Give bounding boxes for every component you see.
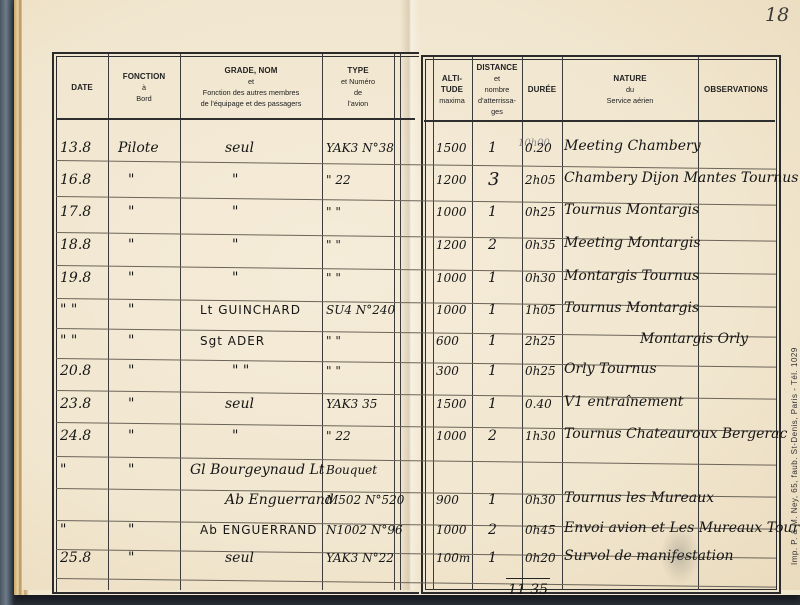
cell-nature: Survol de manifestation [564, 548, 734, 564]
header-distance-l1: DISTANCE [476, 62, 517, 73]
cell-fonction: " [128, 363, 134, 379]
cell-altitude: 1000 [436, 302, 467, 318]
cell-duree: 0h30 [525, 492, 556, 508]
cell-atterrissages: 1 [488, 550, 497, 566]
cell-grade: seul [225, 550, 254, 566]
cell-atterrissages: 2 [488, 237, 497, 253]
cell-fonction: " [128, 550, 134, 566]
cell-duree: 1h05 [525, 302, 556, 318]
header-distance-l5: ges [491, 106, 503, 117]
cell-nature: Tournus Montargis [564, 202, 699, 218]
column-divider [400, 54, 401, 590]
cell-date: 23.8 [60, 396, 91, 412]
cell-atterrissages: 1 [488, 302, 497, 318]
cell-type: " " [326, 270, 341, 286]
cell-date: " [60, 522, 66, 538]
cell-atterrissages: 2 [488, 428, 497, 444]
cell-grade: Gl Bourgeynaud Lt [190, 462, 324, 478]
column-divider [322, 54, 323, 590]
header-date: DATE [56, 56, 108, 118]
header-altitude-l2: TUDE [441, 84, 463, 95]
cell-type: YAK3 35 [326, 396, 377, 412]
cell-atterrissages: 1 [488, 204, 497, 220]
header-fonction-l2: à [142, 82, 146, 93]
header-grade-l2: et [248, 76, 254, 87]
cell-date: " [60, 462, 66, 478]
cell-grade: Sgt ADER [200, 333, 265, 349]
cell-duree: 0h35 [525, 237, 556, 253]
cell-grade: " " [232, 363, 249, 379]
cell-fonction: " [128, 204, 134, 220]
header-distance-l2: et [494, 73, 500, 84]
cell-date: 16.8 [60, 172, 91, 188]
header-observations-label: OBSERVATIONS [704, 84, 768, 95]
cell-fonction: " [128, 396, 134, 412]
cell-type: " " [326, 204, 341, 220]
cell-duree: 0h30 [525, 270, 556, 286]
header-altitude: ALTI- TUDE maxima [433, 58, 471, 120]
cell-nature: Meeting Chambery [564, 138, 701, 154]
header-distance-l3: nombre [485, 84, 510, 95]
cell-grade: " [232, 172, 238, 188]
cell-grade: " [232, 428, 238, 444]
column-divider [698, 57, 699, 590]
cell-duree: 0.20 [525, 140, 552, 156]
header-nature-l3: Service aérien [607, 95, 654, 106]
page-number: 18 [765, 4, 789, 26]
cell-fonction: " [128, 302, 134, 318]
header-divider [424, 120, 775, 122]
column-divider [433, 57, 434, 590]
header-distance-l4: d'atterrissa- [478, 95, 516, 106]
column-divider [108, 54, 109, 590]
cell-date: 24.8 [60, 428, 91, 444]
cell-fonction: " [128, 428, 134, 444]
total-underline [506, 578, 550, 579]
cell-grade: seul [225, 140, 254, 156]
cell-fonction: " [128, 172, 134, 188]
cell-date: " " [60, 302, 77, 318]
cell-duree: 0h45 [525, 522, 556, 538]
cell-fonction: " [128, 237, 134, 253]
cell-altitude: 1000 [436, 204, 467, 220]
header-nature: NATURE du Service aérien [562, 58, 698, 120]
cell-nature: Orly Tournus [564, 361, 657, 377]
cell-atterrissages: 3 [488, 172, 499, 188]
cell-atterrissages: 2 [488, 522, 497, 538]
cell-date: " " [60, 333, 77, 349]
header-type-l1: TYPE [347, 65, 368, 76]
cell-duree: 0h25 [525, 363, 556, 379]
header-type-l4: l'avion [348, 98, 368, 109]
cell-altitude: 1000 [436, 428, 467, 444]
header-duree: DURÉE [522, 58, 562, 120]
header-type-l2: et Numéro [341, 76, 375, 87]
cell-altitude: 1500 [436, 140, 467, 156]
cell-altitude: 1200 [436, 172, 467, 188]
cell-atterrissages: 1 [488, 270, 497, 286]
column-divider [562, 57, 563, 590]
cell-fonction: Pilote [118, 140, 159, 156]
cell-date: 17.8 [60, 204, 91, 220]
cell-altitude: 1000 [436, 270, 467, 286]
cell-date: 13.8 [60, 140, 91, 156]
cell-altitude: 1000 [436, 522, 467, 538]
cell-duree: 0h25 [525, 204, 556, 220]
right-table-frame [421, 55, 781, 594]
cell-nature: Montargis Orly [640, 331, 748, 347]
cell-nature: Tournus Montargis [564, 300, 699, 316]
header-altitude-l3: maxima [439, 95, 465, 106]
cell-altitude: 900 [436, 492, 459, 508]
cell-date: 25.8 [60, 550, 91, 566]
column-divider [180, 54, 181, 590]
cell-grade: seul [225, 396, 254, 412]
cell-duree: 2h25 [525, 333, 556, 349]
header-type: TYPE et Numéro de l'avion [322, 56, 394, 118]
cell-duree: 1h30 [525, 428, 556, 444]
cell-atterrissages: 1 [488, 396, 497, 412]
cell-fonction: " [128, 462, 134, 478]
cell-duree: 0h20 [525, 550, 556, 566]
cell-date: 20.8 [60, 363, 91, 379]
cell-altitude: 1200 [436, 237, 467, 253]
cell-type: " 22 [326, 428, 351, 444]
cell-fonction: " [128, 522, 134, 538]
header-altitude-l1: ALTI- [442, 73, 462, 84]
total-duree: 11 35 [508, 582, 548, 598]
cell-nature: Tournus les Mureaux [564, 490, 714, 506]
cell-grade: " [232, 237, 238, 253]
cell-altitude: 1500 [436, 396, 467, 412]
header-fonction-l1: FONCTION [123, 71, 166, 82]
cell-altitude: 100m [436, 550, 470, 566]
cell-duree: 0.40 [525, 396, 552, 412]
cell-altitude: 600 [436, 333, 459, 349]
column-divider [472, 57, 473, 590]
cell-type: YAK3 N°22 [326, 550, 394, 566]
header-type-l3: de [354, 87, 362, 98]
header-date-label: DATE [71, 82, 93, 93]
cell-type: YAK3 N°38 [326, 140, 394, 156]
cell-atterrissages: 1 [488, 333, 497, 349]
cell-grade: Ab ENGUERRAND [200, 522, 317, 538]
cell-nature: V1 entraînement [564, 394, 683, 410]
cell-duree: 2h05 [525, 172, 556, 188]
cell-grade: Ab Enguerrand [225, 492, 334, 508]
cell-type: M502 N°520 [326, 492, 404, 508]
cell-date: 19.8 [60, 270, 91, 286]
header-divider [56, 118, 415, 120]
header-grade: GRADE, NOM et Fonction des autres membre… [180, 56, 322, 118]
cell-fonction: " [128, 270, 134, 286]
cell-type: " 22 [326, 172, 351, 188]
cell-type: Bouquet [326, 462, 377, 478]
cell-fonction: " [128, 333, 134, 349]
cell-atterrissages: 1 [488, 140, 497, 156]
cell-date: 18.8 [60, 237, 91, 253]
cell-type: " " [326, 237, 341, 253]
header-grade-l1: GRADE, NOM [225, 65, 278, 76]
column-divider [394, 54, 395, 590]
cell-nature: Montargis Tournus [564, 268, 699, 284]
header-nature-l2: du [626, 84, 634, 95]
cell-nature: Meeting Montargis [564, 235, 701, 251]
header-observations: OBSERVATIONS [698, 58, 774, 120]
cell-grade: " [232, 270, 238, 286]
header-grade-l3: Fonction des autres membres [203, 87, 300, 98]
cell-nature: Tournus Chateauroux Bergerac [564, 426, 787, 442]
cell-type: " " [326, 333, 341, 349]
header-duree-label: DURÉE [528, 84, 557, 95]
cell-altitude: 300 [436, 363, 459, 379]
cell-grade: " [232, 204, 238, 220]
header-fonction: FONCTION à Bord [108, 56, 180, 118]
ink-smudge [660, 525, 700, 585]
header-grade-l4: de l'équipage et des passagers [201, 98, 302, 109]
cell-atterrissages: 1 [488, 363, 497, 379]
header-distance: DISTANCE et nombre d'atterrissa- ges [472, 58, 522, 120]
header-fonction-l3: Bord [136, 93, 151, 104]
cell-type: N1002 N°96 [326, 522, 403, 538]
cell-type: SU4 N°240 [326, 302, 395, 318]
cell-atterrissages: 1 [488, 492, 497, 508]
cell-type: " " [326, 363, 341, 379]
cell-grade: Lt GUINCHARD [200, 302, 301, 318]
cell-nature: Chambery Dijon Mantes Tournus [564, 170, 798, 186]
printer-imprint: Imp. P. & M. Ney, 65, faub. St-Denis, Pa… [790, 347, 799, 565]
header-nature-l1: NATURE [613, 73, 646, 84]
